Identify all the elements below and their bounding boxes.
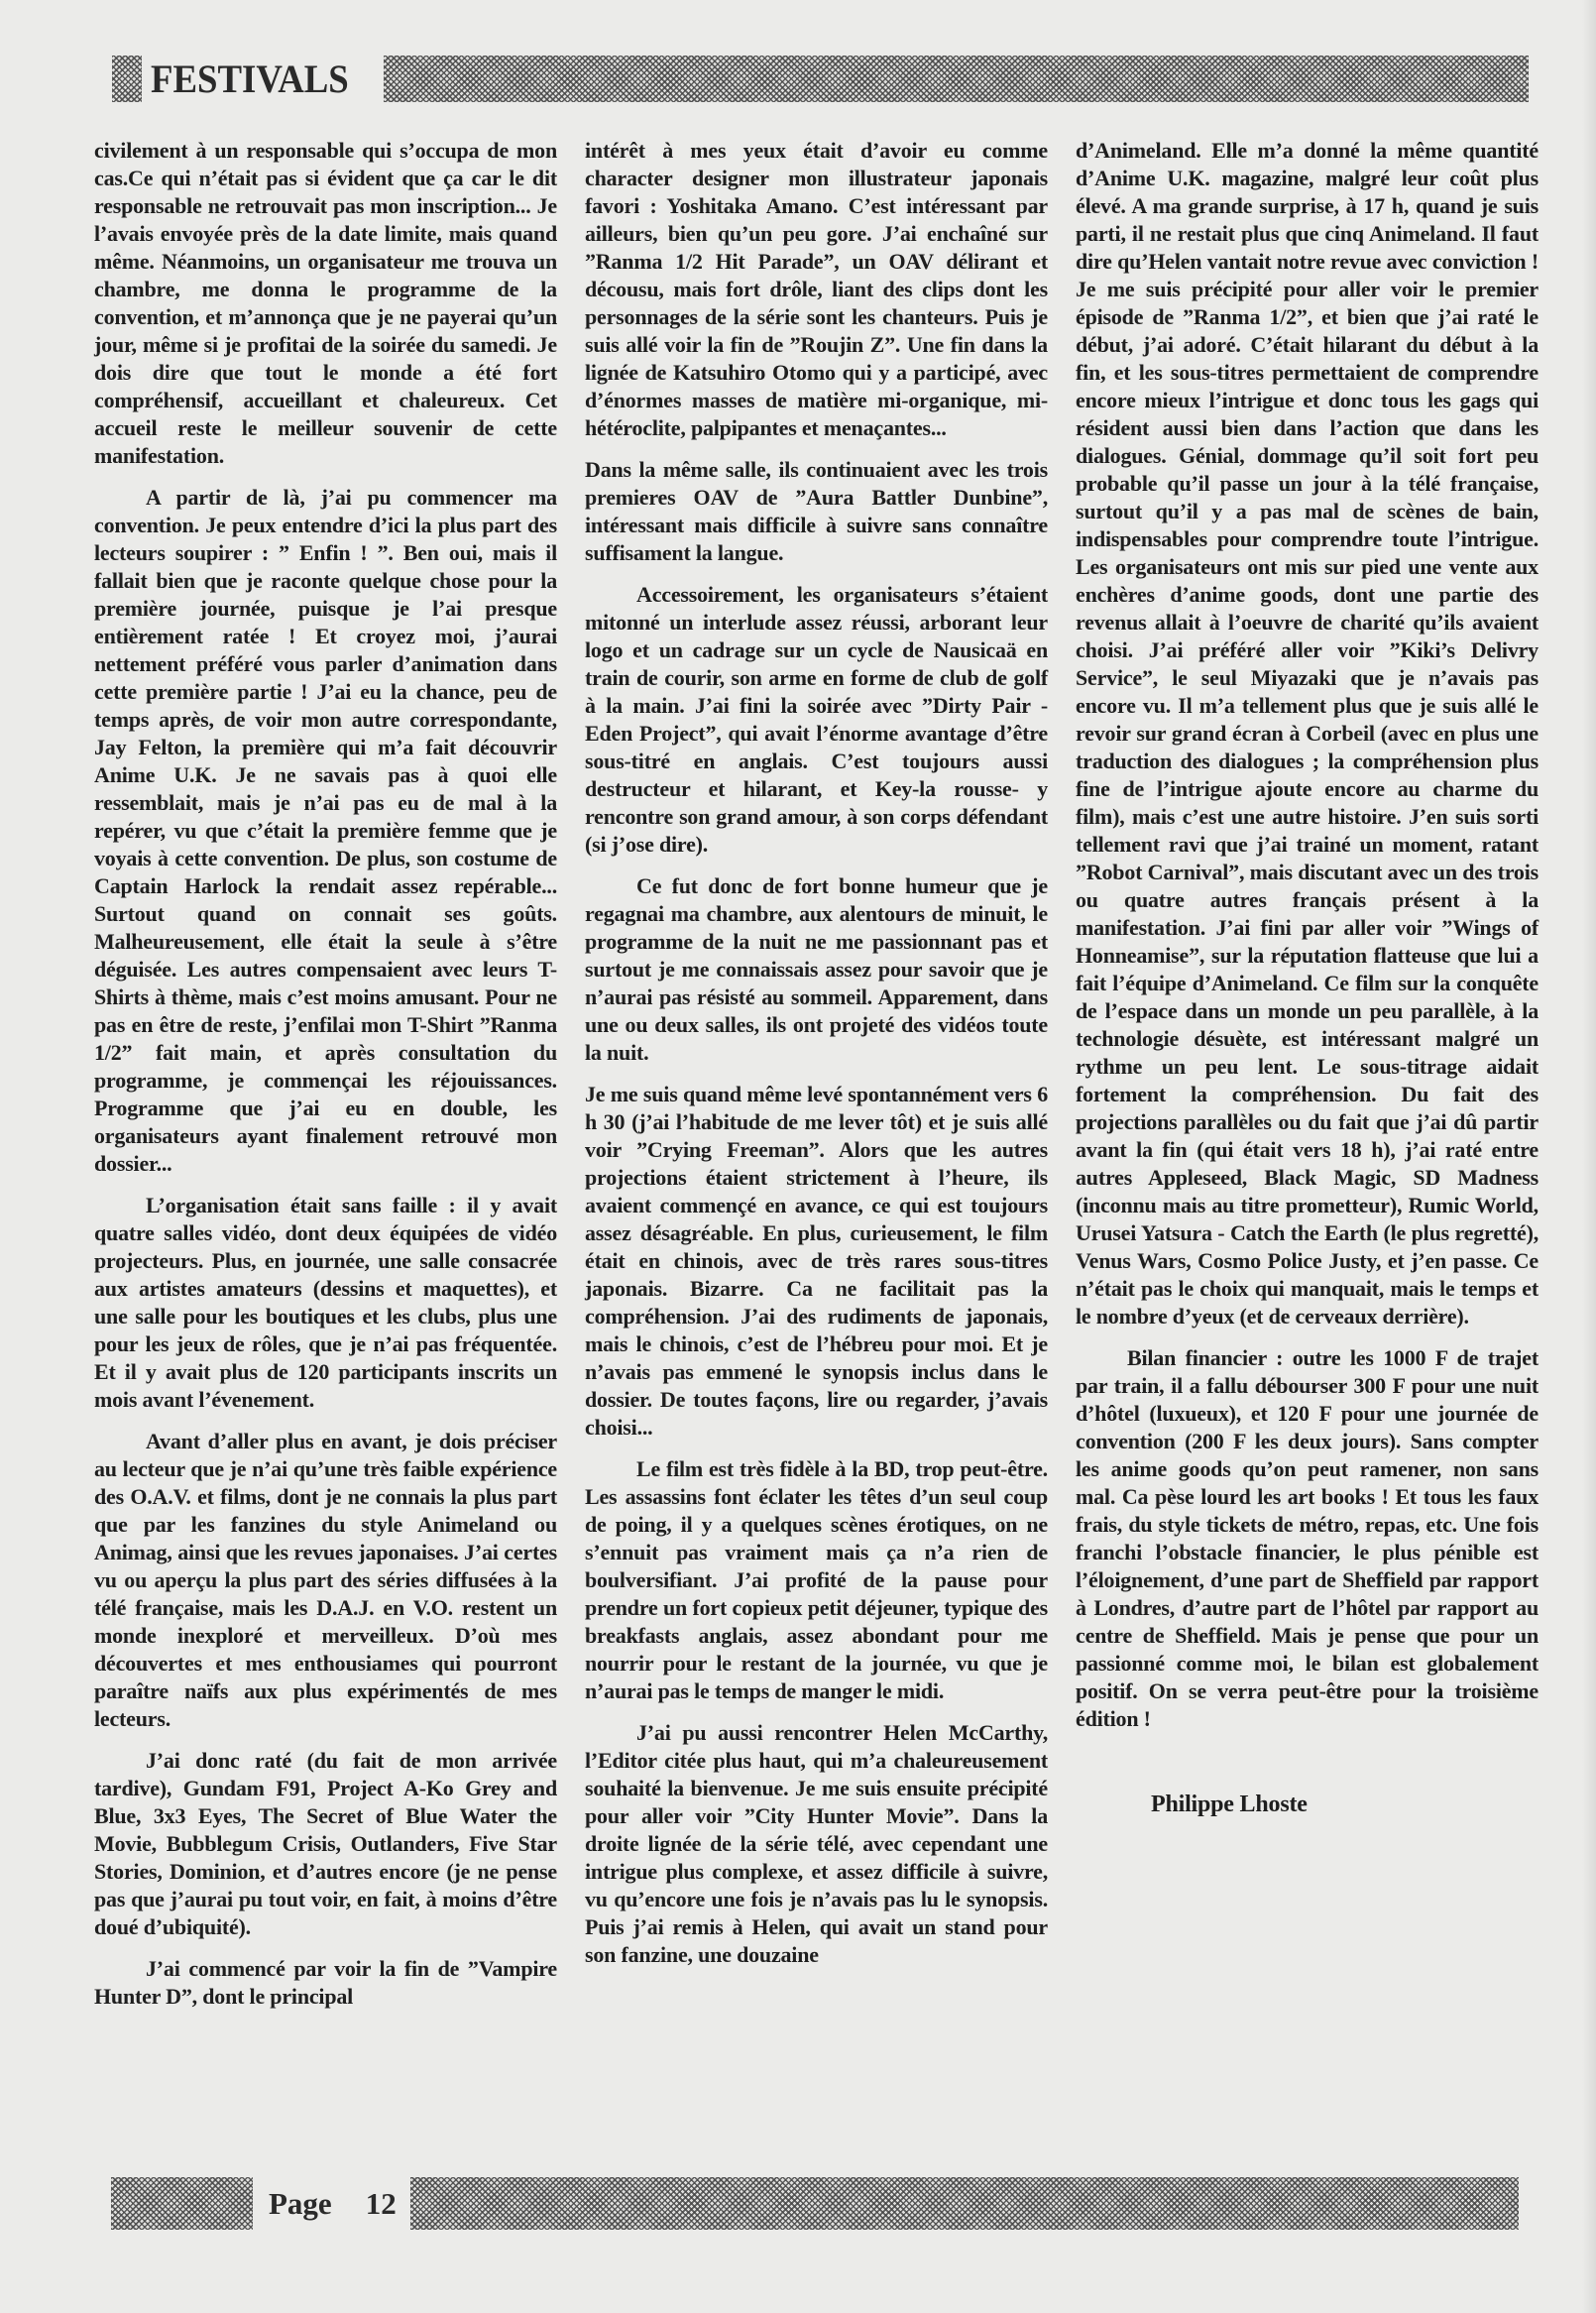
page-header: FESTIVALS (112, 56, 1529, 102)
paragraph: intérêt à mes yeux était d’avoir eu comm… (585, 137, 1048, 442)
paragraph: J’ai pu aussi rencontrer Helen McCarthy,… (585, 1719, 1048, 1969)
paragraph: Bilan financier : outre les 1000 F de tr… (1076, 1344, 1539, 1733)
column: intérêt à mes yeux était d’avoir eu comm… (585, 137, 1048, 2011)
paragraph: Le film est très fidèle à la BD, trop pe… (585, 1455, 1048, 1705)
page-footer: Page 12 (111, 2177, 1519, 2230)
page-title: FESTIVALS (151, 56, 354, 102)
paragraph: J’ai donc raté (du fait de mon arrivée t… (94, 1747, 557, 1941)
paragraph: Avant d’aller plus en avant, je dois pré… (94, 1428, 557, 1733)
paragraph: Dans la même salle, ils continuaient ave… (585, 456, 1048, 567)
footer-page-label: Page (269, 2186, 332, 2222)
footer-hatch-square (111, 2177, 253, 2230)
footer-page-number: 12 (366, 2186, 397, 2222)
column: d’Animeland. Elle m’a donné la même quan… (1076, 137, 1539, 2011)
column: civilement à un responsable qui s’occupa… (94, 137, 557, 2011)
paragraph: Je me suis quand même levé spontannément… (585, 1081, 1048, 1442)
article-body: civilement à un responsable qui s’occupa… (94, 137, 1539, 2011)
paragraph: civilement à un responsable qui s’occupa… (94, 137, 557, 470)
magazine-page: FESTIVALS civilement à un responsable qu… (0, 0, 1596, 2313)
paragraph: J’ai commencé par voir la fin de ”Vampir… (94, 1955, 557, 2011)
paragraph: Ce fut donc de fort bonne humeur que je … (585, 872, 1048, 1067)
paragraph: L’organisation était sans faille : il y … (94, 1192, 557, 1414)
footer-hatch-bar (410, 2177, 1519, 2230)
footer-page-indicator: Page 12 (253, 2177, 410, 2230)
paragraph: A partir de là, j’ai pu commencer ma con… (94, 484, 557, 1178)
author-signature: Philippe Lhoste (1076, 1791, 1539, 1818)
header-hatch-square (112, 56, 142, 102)
header-hatch-bar (384, 56, 1529, 102)
paragraph: d’Animeland. Elle m’a donné la même quan… (1076, 137, 1539, 1330)
paragraph: Accessoirement, les organisateurs s’étai… (585, 581, 1048, 859)
